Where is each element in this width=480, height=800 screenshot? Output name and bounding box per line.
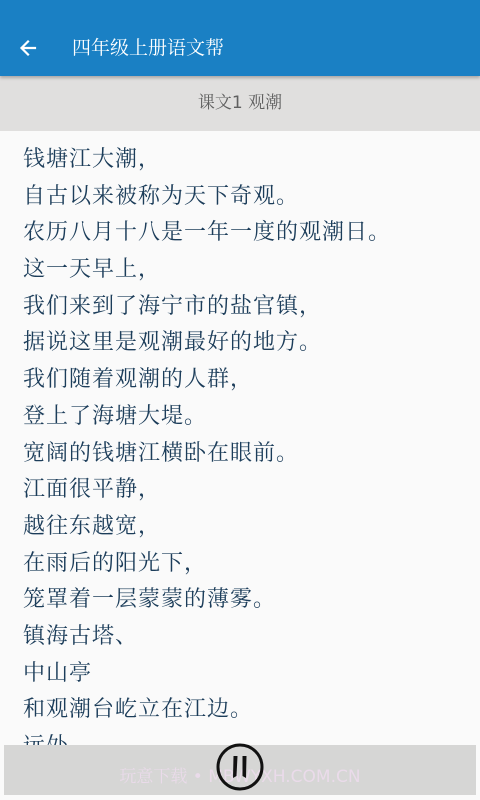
app-screen: 四年级上册语文帮 课文1 观潮 钱塘江大潮， 自古以来被称为天下奇观。 农历八月… (0, 0, 480, 800)
back-button[interactable] (12, 32, 44, 64)
text-line: 宽阔的钱塘江横卧在眼前。 (23, 436, 391, 473)
text-line: 我们随着观潮的人群， (23, 362, 391, 399)
text-line: 自古以来被称为天下奇观。 (23, 179, 391, 216)
pause-icon (215, 742, 265, 792)
app-bar: 四年级上册语文帮 (0, 0, 480, 76)
lesson-title: 课文1 观潮 (0, 92, 480, 114)
text-line: 登上了海塘大堤。 (23, 399, 391, 436)
text-line: 农历八月十八是一年一度的观潮日。 (23, 215, 391, 252)
pause-button[interactable] (215, 742, 265, 792)
text-line: 镇海古塔、 (23, 619, 391, 656)
text-line: 这一天早上， (23, 252, 391, 289)
lesson-text-scroll[interactable]: 钱塘江大潮， 自古以来被称为天下奇观。 农历八月十八是一年一度的观潮日。 这一天… (0, 131, 480, 800)
text-line: 在雨后的阳光下， (23, 546, 391, 583)
lesson-title-bar: 课文1 观潮 (0, 76, 480, 131)
text-line: 中山亭 (23, 656, 391, 693)
text-line: 笼罩着一层蒙蒙的薄雾。 (23, 582, 391, 619)
text-line: 江面很平静， (23, 472, 391, 509)
bottom-edge (0, 795, 480, 800)
arrow-left-icon (18, 38, 38, 58)
lesson-text: 钱塘江大潮， 自古以来被称为天下奇观。 农历八月十八是一年一度的观潮日。 这一天… (23, 142, 391, 766)
text-line: 和观潮台屹立在江边。 (23, 692, 391, 729)
text-line: 我们来到了海宁市的盐官镇， (23, 289, 391, 326)
text-line: 钱塘江大潮， (23, 142, 391, 179)
text-line: 越往东越宽， (23, 509, 391, 546)
app-title: 四年级上册语文帮 (72, 36, 224, 60)
text-line: 据说这里是观潮最好的地方。 (23, 325, 391, 362)
